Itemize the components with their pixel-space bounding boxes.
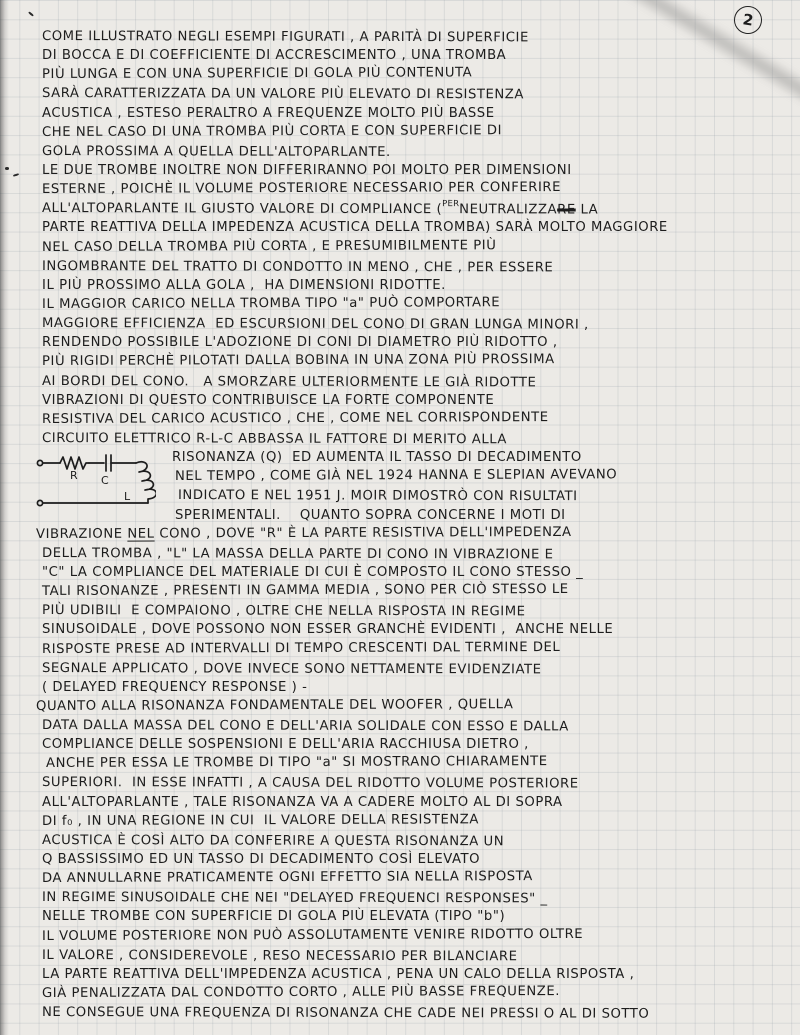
ink-speck: [5, 167, 9, 170]
handwritten-line: INDICATO E NEL 1951 J. MOIR DIMOSTRÒ CON…: [178, 486, 796, 507]
handwritten-line: ALL'ALTOPARLANTE IL GIUSTO VALORE DI COM…: [42, 199, 796, 220]
terminal-bottom-icon: [37, 500, 42, 505]
resistor-icon: [60, 457, 89, 469]
handwritten-line: CIRCUITO ELETTRICO R-L-C ABBASSA IL FATT…: [42, 429, 796, 450]
handwritten-line: NEL TEMPO , COME GIÀ NEL 1924 HANNA E SL…: [175, 465, 796, 487]
notebook-page: 2 COME ILLUSTRATO NEGLI ESEMPI FIGURATI …: [0, 0, 800, 1035]
inductor-icon: [136, 462, 156, 503]
handwritten-line: RESISTIVA DEL CARICO ACUSTICO , CHE , CO…: [42, 407, 796, 429]
inductor-label: L: [124, 490, 131, 503]
ink-speck: [13, 173, 19, 177]
handwritten-line: INGOMBRANTE DEL TRATTO DI CONDOTTO IN ME…: [42, 257, 796, 278]
handwritten-line: TALI RISONANZE , PRESENTI IN GAMMA MEDIA…: [42, 579, 796, 601]
handwritten-line: AI BORDI DEL CONO. A SMORZARE ULTERIORME…: [42, 372, 796, 393]
inserted-word: PER: [442, 199, 459, 209]
handwritten-line: VIBRAZIONE NEL CONO , DOVE "R" È LA PART…: [36, 522, 796, 544]
handwriting-text: COME ILLUSTRATO NEGLI ESEMPI FIGURATI , …: [42, 27, 796, 1022]
resistor-label: R: [70, 469, 78, 482]
handwritten-line: ACUSTICA È COSÌ ALTO DA CONFERIRE A QUES…: [42, 831, 796, 852]
handwritten-line: GOLA PROSSIMA A QUELLA DELL'ALTOPARLANTE…: [42, 142, 796, 163]
handwritten-line: PIÙ UDIBILI E COMPAIONO , OLTRE CHE NELL…: [42, 601, 796, 622]
handwritten-line: IL VOLUME POSTERIORE NON PUÒ ASSOLUTAMEN…: [42, 924, 796, 946]
handwritten-line: DATA DALLA MASSA DEL CONO E DELL'ARIA SO…: [42, 716, 796, 737]
ink-speck: [28, 11, 34, 16]
handwritten-line: IL VALORE , CONSIDEREVOLE , RESO NECESSA…: [42, 946, 796, 967]
handwritten-line: DI f₀ , IN UNA REGIONE IN CUI IL VALORE …: [42, 809, 796, 831]
handwritten-line: DA ANNULLARNE PRATICAMENTE OGNI EFFETTO …: [42, 866, 796, 888]
handwritten-line: PIÙ LUNGA E CON UNA SUPERFICIE DI GOLA P…: [42, 62, 796, 84]
handwritten-line: IN REGIME SINUSOIDALE CHE NEI "DELAYED F…: [42, 888, 796, 909]
handwritten-line: SARÀ CARATTERIZZATA DA UN VALORE PIÙ ELE…: [42, 84, 796, 105]
handwritten-line: ANCHE PER ESSA LE TROMBE DI TIPO "a" SI …: [46, 751, 796, 773]
handwritten-line: SEGNALE APPLICATO , DOVE INVECE SONO NET…: [42, 659, 796, 680]
handwritten-line: IL MAGGIOR CARICO NELLA TROMBA TIPO "a" …: [42, 292, 796, 314]
handwritten-line: NEL CASO DELLA TROMBA PIÙ CORTA , E PRES…: [42, 235, 796, 257]
terminal-top-icon: [37, 460, 42, 465]
handwritten-line: ESTERNE , POICHÈ IL VOLUME POSTERIORE NE…: [42, 177, 796, 199]
handwritten-line: DELLA TROMBA , "L" LA MASSA DELLA PARTE …: [42, 544, 796, 565]
capacitor-label: C: [101, 474, 109, 487]
handwritten-line: NE CONSEGUE UNA FREQUENZA DI RISONANZA C…: [42, 1003, 796, 1024]
handwritten-line: QUANTO ALLA RISONANZA FONDAMENTALE DEL W…: [36, 694, 796, 716]
paper-edge-left: [0, 0, 9, 1035]
handwritten-line: COME ILLUSTRATO NEGLI ESEMPI FIGURATI , …: [42, 27, 796, 48]
handwritten-line: MAGGIORE EFFICIENZA ED ESCURSIONI DEL CO…: [42, 314, 796, 335]
handwritten-line: PIÙ RIGIDI PERCHÈ PILOTATI DALLA BOBINA …: [42, 349, 796, 371]
rlc-circuit-sketch: R C L: [34, 452, 156, 512]
handwritten-line: CHE NEL CASO DI UNA TROMBA PIÙ CORTA E C…: [42, 120, 796, 142]
handwritten-line: RISPOSTE PRESE AD INTERVALLI DI TEMPO CR…: [42, 637, 796, 659]
underlined-word: NEL: [127, 526, 154, 541]
struck-text: RE: [557, 203, 576, 218]
handwritten-line: GIÀ PENALIZZATA DAL CONDOTTO CORTO , ALL…: [42, 981, 796, 1003]
handwritten-line: SUPERIORI. IN ESSE INFATTI , A CAUSA DEL…: [42, 773, 796, 794]
